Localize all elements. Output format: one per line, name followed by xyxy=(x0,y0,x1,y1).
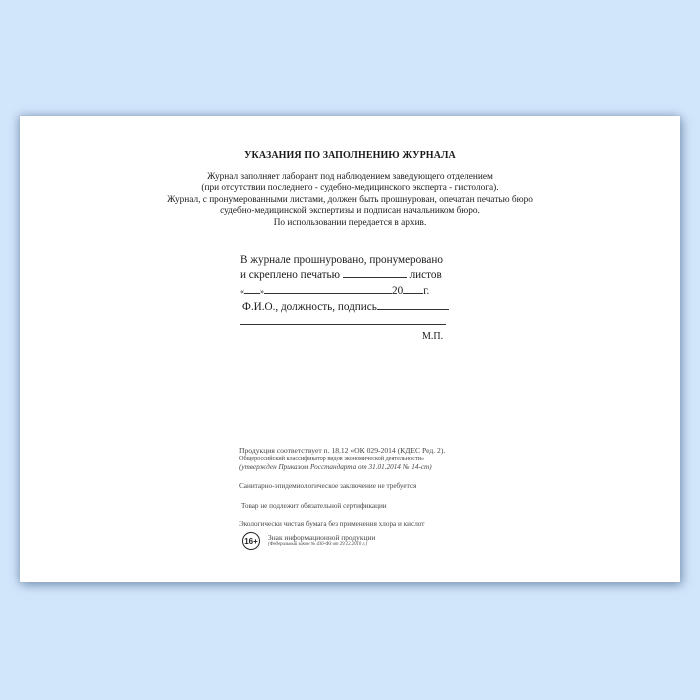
compliance-block: Продукция соответствует п. 18.12 «ОК 029… xyxy=(239,446,499,472)
age-rating-16-icon: 16+ xyxy=(242,532,260,550)
info-product-mark: Знак информационной продукции (Федеральн… xyxy=(268,534,375,548)
instruction-line: (при отсутствии последнего - судебно-мед… xyxy=(140,183,560,194)
signature-label: Ф.И.О., должность, подпись xyxy=(242,301,377,313)
instruction-line: По использовании передается в архив. xyxy=(140,218,560,229)
signature-extra-blank xyxy=(240,316,446,325)
certification-note: Товар не подлежит обязательной сертифика… xyxy=(241,502,387,510)
stamp-place-label: М.П. xyxy=(422,331,443,342)
signature-blank xyxy=(377,299,449,310)
year-suffix: г. xyxy=(423,285,429,297)
journal-page: УКАЗАНИЯ ПО ЗАПОЛНЕНИЮ ЖУРНАЛА Журнал за… xyxy=(20,116,680,582)
instruction-line: Журнал, с пронумерованными листами, долж… xyxy=(140,195,560,206)
binding-line-2: и скреплено печатью листов xyxy=(240,267,450,282)
day-blank xyxy=(244,283,260,294)
compliance-line: (утвержден Приказом Росстандарта от 31.0… xyxy=(239,463,499,472)
compliance-line: Продукция соответствует п. 18.12 «ОК 029… xyxy=(239,446,499,455)
sealed-label: и скреплено печатью xyxy=(240,269,340,281)
binding-line-1: В журнале прошнуровано, пронумеровано xyxy=(240,253,450,267)
year-blank xyxy=(403,283,423,294)
sanitary-note: Санитарно-эпидемиологическое заключение … xyxy=(239,482,416,490)
sheet-count-blank xyxy=(343,267,407,278)
compliance-line: Общероссийский классификатор видов эконо… xyxy=(239,455,499,463)
sheets-label: листов xyxy=(410,269,442,281)
info-mark-law: (Федеральный закон № 436-ФЗ от 29.12.201… xyxy=(268,542,375,548)
eco-paper-note: Экологически чистая бумага без применени… xyxy=(239,520,424,528)
instruction-line: судебно-медицинской экспертизы и подписа… xyxy=(140,206,560,217)
instruction-line: Журнал заполняет лаборант под наблюдение… xyxy=(140,172,560,183)
binding-certificate-form: В журнале прошнуровано, пронумеровано и … xyxy=(240,253,450,325)
info-mark-label: Знак информационной продукции xyxy=(268,534,375,542)
document-title: УКАЗАНИЯ ПО ЗАПОЛНЕНИЮ ЖУРНАЛА xyxy=(20,150,680,161)
date-line: «»20г. xyxy=(240,283,450,299)
year-prefix: 20 xyxy=(392,285,403,297)
instructions-block: Журнал заполняет лаборант под наблюдение… xyxy=(140,172,560,229)
month-blank xyxy=(264,283,392,294)
signature-line: Ф.И.О., должность, подпись xyxy=(240,299,450,314)
